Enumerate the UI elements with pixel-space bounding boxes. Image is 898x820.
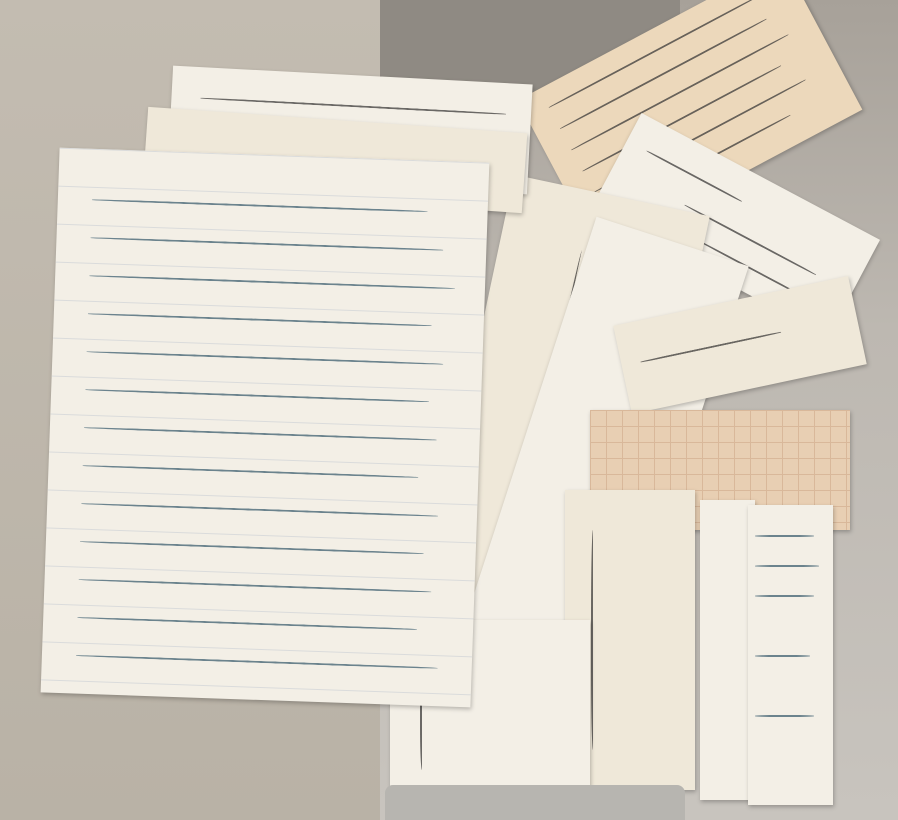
box-front-edge: [385, 785, 685, 820]
photo-scene: Photograph of a stack of old handwritten…: [0, 0, 898, 820]
envelope: [700, 500, 755, 800]
crossed-handwriting-note: [748, 505, 833, 805]
main-letter-sheet: [41, 148, 490, 708]
